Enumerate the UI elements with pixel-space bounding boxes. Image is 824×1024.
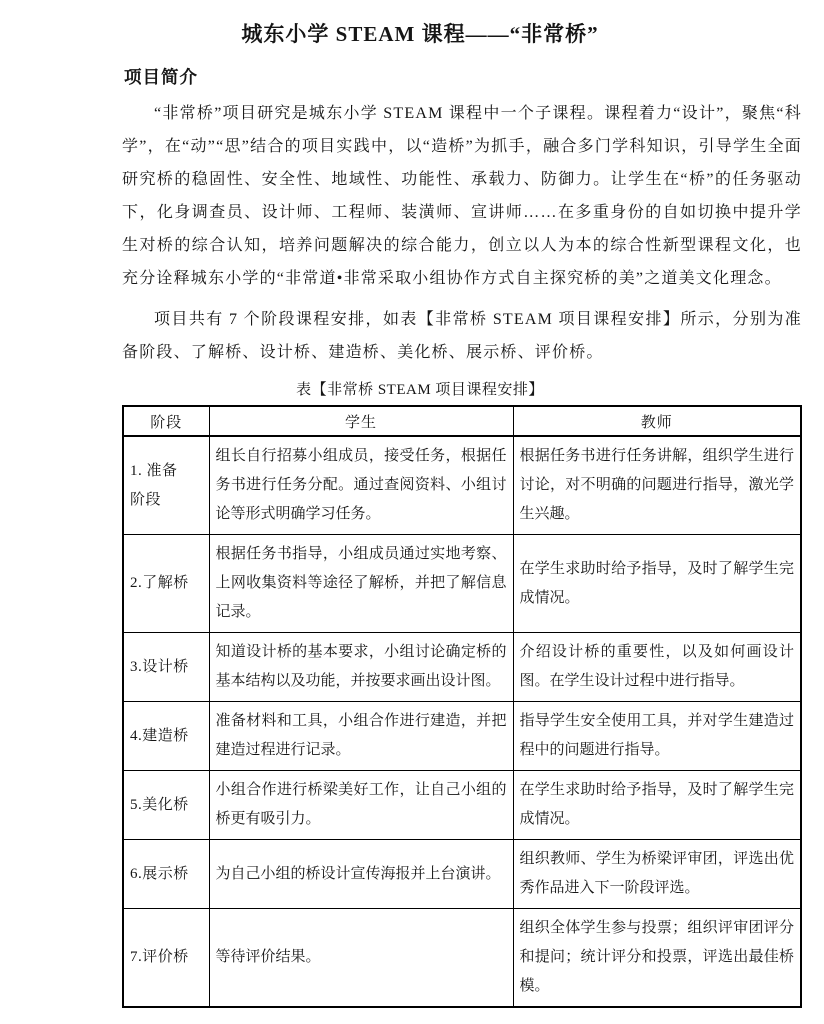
student-cell: 为自己小组的桥设计宣传海报并上台演讲。 [209,840,513,909]
table-row-stage-1: 1. 准备 阶段 组长自行招募小组成员，接受任务，根据任务书进行任务分配。通过查… [123,436,801,535]
table-row-stage-6: 6.展示桥 为自己小组的桥设计宣传海报并上台演讲。 组织教师、学生为桥梁评审团，… [123,840,801,909]
student-cell: 组长自行招募小组成员，接受任务，根据任务书进行任务分配。通过查阅资料、小组讨论等… [209,436,513,535]
teacher-cell: 组织全体学生参与投票；组织评审团评分和提问；统计评分和投票，评选出最佳桥模。 [513,909,801,1008]
student-cell: 知道设计桥的基本要求，小组讨论确定桥的基本结构以及功能，并按要求画出设计图。 [209,633,513,702]
student-cell: 小组合作进行桥梁美好工作，让自己小组的桥更有吸引力。 [209,771,513,840]
section-heading-project-intro: 项目简介 [124,64,802,89]
document-page: 城东小学 STEAM 课程——“非常桥” 项目简介 “非常桥”项目研究是城东小学… [0,0,824,1024]
table-row-stage-2: 2.了解桥 根据任务书指导，小组成员通过实地考察、上网收集资料等途径了解桥，并把… [123,535,801,633]
teacher-cell: 在学生求助时给予指导，及时了解学生完成情况。 [513,771,801,840]
table-row-stage-3: 3.设计桥 知道设计桥的基本要求，小组讨论确定桥的基本结构以及功能，并按要求画出… [123,633,801,702]
stage-cell: 4.建造桥 [123,702,209,771]
table-row-stage-5: 5.美化桥 小组合作进行桥梁美好工作，让自己小组的桥更有吸引力。 在学生求助时给… [123,771,801,840]
teacher-cell: 组织教师、学生为桥梁评审团，评选出优秀作品进入下一阶段评选。 [513,840,801,909]
table-row-stage-7: 7.评价桥 等待评价结果。 组织全体学生参与投票；组织评审团评分和提问；统计评分… [123,909,801,1008]
teacher-cell: 根据任务书进行任务讲解，组织学生进行讨论，对不明确的问题进行指导，激光学生兴趣。 [513,436,801,535]
student-cell: 等待评价结果。 [209,909,513,1008]
teacher-cell: 指导学生安全使用工具，并对学生建造过程中的问题进行指导。 [513,702,801,771]
table-body: 1. 准备 阶段 组长自行招募小组成员，接受任务，根据任务书进行任务分配。通过查… [123,436,801,1007]
column-header-stage: 阶段 [123,406,209,436]
student-cell: 准备材料和工具，小组合作进行建造，并把建造过程进行记录。 [209,702,513,771]
stage-cell: 1. 准备 阶段 [123,436,209,535]
intro-paragraph-2: 项目共有 7 个阶段课程安排，如表【非常桥 STEAM 项目课程安排】所示，分别… [122,303,802,369]
intro-paragraph-1: “非常桥”项目研究是城东小学 STEAM 课程中一个子课程。课程着力“设计”，聚… [122,97,802,295]
stage-cell: 7.评价桥 [123,909,209,1008]
document-content: 城东小学 STEAM 课程——“非常桥” 项目简介 “非常桥”项目研究是城东小学… [122,18,802,1008]
stage-cell: 2.了解桥 [123,535,209,633]
table-head: 阶段 学生 教师 [123,406,801,436]
table-caption: 表【非常桥 STEAM 项目课程安排】 [80,378,760,399]
column-header-student: 学生 [209,406,513,436]
page-title: 城东小学 STEAM 课程——“非常桥” [80,18,760,48]
stage-cell: 6.展示桥 [123,840,209,909]
table-row-stage-4: 4.建造桥 准备材料和工具，小组合作进行建造，并把建造过程进行记录。 指导学生安… [123,702,801,771]
stage-cell: 5.美化桥 [123,771,209,840]
stage-cell: 3.设计桥 [123,633,209,702]
teacher-cell: 介绍设计桥的重要性，以及如何画设计图。在学生设计过程中进行指导。 [513,633,801,702]
table-header-row: 阶段 学生 教师 [123,406,801,436]
student-cell: 根据任务书指导，小组成员通过实地考察、上网收集资料等途径了解桥，并把了解信息记录… [209,535,513,633]
teacher-cell: 在学生求助时给予指导，及时了解学生完成情况。 [513,535,801,633]
course-schedule-table: 阶段 学生 教师 1. 准备 阶段 组长自行招募小组成员，接受任务，根据任务书进… [122,405,802,1008]
column-header-teacher: 教师 [513,406,801,436]
